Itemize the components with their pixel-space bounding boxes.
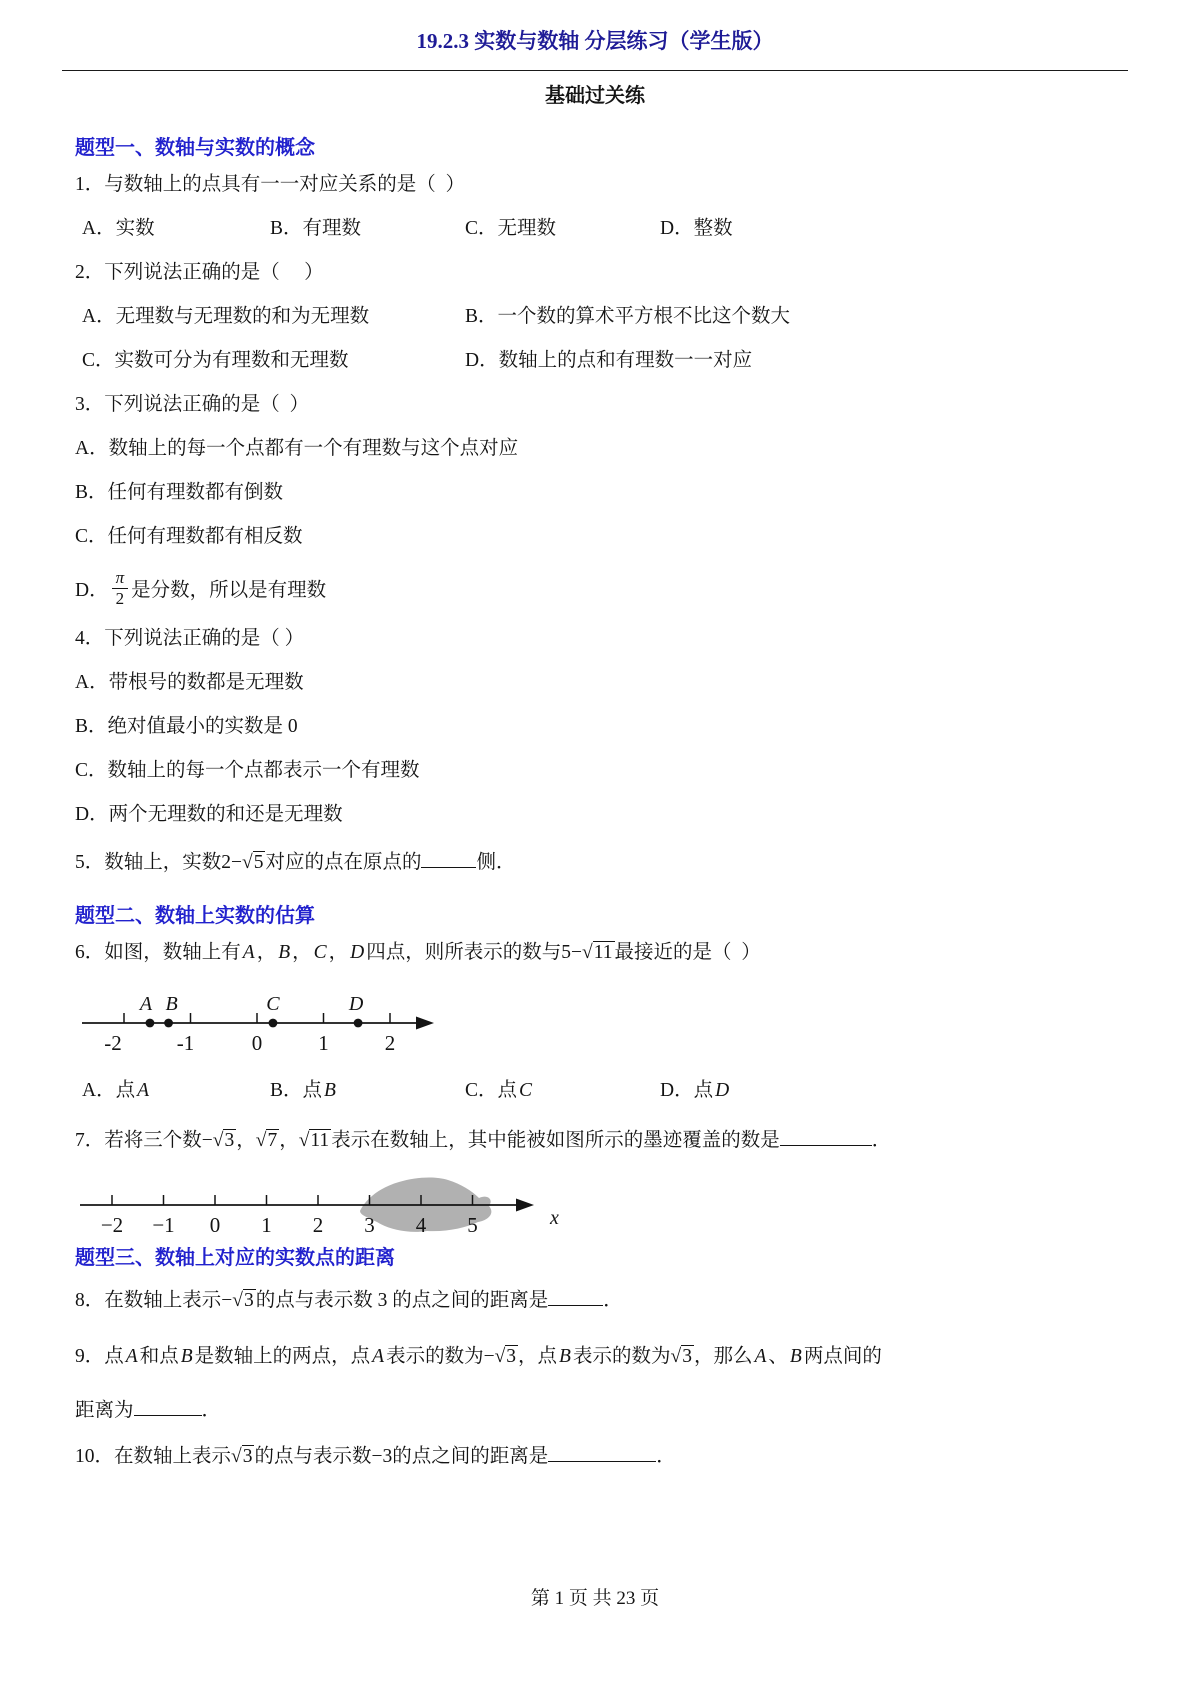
point-label: D — [348, 993, 364, 1015]
worksheet-body: 题型一、数轴与实数的概念 1．与数轴上的点具有一一对应关系的是（ ） A．实数 … — [0, 133, 1190, 1479]
question-2: 2．下列说法正确的是（ ） — [75, 251, 1130, 295]
point-dot — [164, 1019, 173, 1028]
answer-blank — [421, 847, 476, 868]
option-a: A．点A — [82, 1069, 270, 1113]
italic-variable: D — [348, 942, 366, 963]
question-1-options: A．实数 B．有理数 C．无理数 D．整数 — [75, 207, 1130, 251]
option-d: D．点D — [660, 1069, 1130, 1113]
square-root: √11 — [582, 941, 614, 963]
page-title: 19.2.3 实数与数轴 分层练习（学生版） — [0, 28, 1190, 54]
question-3-option-a: A．数轴上的每一个点都有一个有理数与这个点对应 — [75, 427, 1130, 471]
title-divider — [62, 70, 1128, 71]
axis-arrow — [416, 1017, 434, 1030]
numberline-diagram-q6: -2-1012ABCD — [80, 991, 460, 1069]
answer-blank — [548, 1285, 603, 1306]
question-9-line1: 9．点A和点B是数轴上的两点，点A表示的数为−√3，点B表示的数为√3，那么A、… — [75, 1335, 1130, 1379]
point-dot — [146, 1019, 155, 1028]
question-6: 6．如图，数轴上有A，B，C，D四点，则所表示的数与5−√11最接近的是（ ） — [75, 931, 1130, 975]
question-3-option-c: C．任何有理数都有相反数 — [75, 515, 1130, 559]
italic-variable: B — [276, 942, 292, 963]
question-2-options-row2: C．实数可分为有理数和无理数 D．数轴上的点和有理数一一对应 — [75, 339, 1130, 383]
tick-label: -1 — [177, 1031, 195, 1055]
tick-label: 1 — [261, 1213, 272, 1237]
section-3-heading: 题型三、数轴上对应的实数点的距离 — [75, 1243, 1130, 1273]
option-b: B．一个数的算术平方根不比这个数大 — [465, 295, 1130, 339]
tick-label: -2 — [104, 1031, 122, 1055]
question-9-line2: 距离为． — [75, 1389, 1130, 1433]
question-4-option-c: C．数轴上的每一个点都表示一个有理数 — [75, 749, 1130, 793]
option-b: B．有理数 — [270, 207, 465, 251]
question-8: 8．在数轴上表示−√3的点与表示数 3 的点之间的距离是． — [75, 1279, 1130, 1323]
italic-variable: C — [312, 942, 329, 963]
option-c: C．点C — [465, 1069, 660, 1113]
question-7: 7．若将三个数−√3，√7，√11表示在数轴上，其中能被如图所示的墨迹覆盖的数是… — [75, 1119, 1130, 1163]
tick-label: 4 — [416, 1213, 427, 1237]
question-4-option-b: B．绝对值最小的实数是 0 — [75, 705, 1130, 749]
tick-label: −2 — [101, 1213, 123, 1237]
tick-label: 3 — [364, 1213, 375, 1237]
point-label: A — [138, 993, 153, 1015]
option-c: C．无理数 — [465, 207, 660, 251]
tick-label: 0 — [252, 1031, 263, 1055]
square-root: √3 — [495, 1345, 518, 1367]
italic-variable: B — [322, 1080, 338, 1101]
question-10: 10．在数轴上表示√3的点与表示数−3的点之间的距离是． — [75, 1435, 1130, 1479]
square-root: √3 — [232, 1289, 255, 1311]
italic-variable: C — [517, 1080, 534, 1101]
square-root: √7 — [256, 1129, 279, 1151]
italic-variable: A — [370, 1346, 386, 1367]
italic-variable: A — [124, 1346, 140, 1367]
answer-blank — [548, 1441, 656, 1462]
italic-variable: B — [179, 1346, 195, 1367]
question-3-option-d: D．π2是分数，所以是有理数 — [75, 559, 1130, 617]
tick-label: 5 — [467, 1213, 478, 1237]
tick-label: 1 — [318, 1031, 329, 1055]
option-a: A．无理数与无理数的和为无理数 — [82, 295, 465, 339]
italic-variable: A — [241, 942, 257, 963]
option-d: D．整数 — [660, 207, 1130, 251]
option-c: C．实数可分为有理数和无理数 — [82, 339, 465, 383]
question-6-options: A．点A B．点B C．点C D．点D — [75, 1069, 1130, 1113]
axis-x-label: x — [549, 1207, 559, 1229]
point-label: B — [165, 993, 177, 1015]
italic-variable: B — [557, 1346, 573, 1367]
italic-variable: B — [788, 1346, 804, 1367]
question-4-option-a: A．带根号的数都是无理数 — [75, 661, 1130, 705]
tick-label: −1 — [152, 1213, 174, 1237]
page-number-indicator: 第 1 页 共 23 页 — [0, 1586, 1190, 1612]
option-b: B．点B — [270, 1069, 465, 1113]
axis-arrow — [516, 1199, 534, 1212]
italic-variable: A — [752, 1346, 768, 1367]
point-dot — [269, 1019, 278, 1028]
option-a: A．实数 — [82, 207, 270, 251]
tick-label: 2 — [385, 1031, 396, 1055]
section-1-heading: 题型一、数轴与实数的概念 — [75, 133, 1130, 163]
italic-variable: A — [135, 1080, 151, 1101]
question-2-options-row1: A．无理数与无理数的和为无理数 B．一个数的算术平方根不比这个数大 — [75, 295, 1130, 339]
tick-label: 2 — [313, 1213, 324, 1237]
fraction: π2 — [112, 568, 129, 607]
worksheet-page: 19.2.3 实数与数轴 分层练习（学生版） 基础过关练 题型一、数轴与实数的概… — [0, 0, 1190, 1682]
tick-label: 0 — [210, 1213, 221, 1237]
square-root: √5 — [242, 851, 265, 873]
point-dot — [354, 1019, 363, 1028]
square-root: √3 — [670, 1345, 693, 1367]
question-1: 1．与数轴上的点具有一一对应关系的是（ ） — [75, 163, 1130, 207]
question-3-option-b: B．任何有理数都有倒数 — [75, 471, 1130, 515]
question-4: 4．下列说法正确的是（ ） — [75, 617, 1130, 661]
square-root: √11 — [299, 1129, 331, 1151]
answer-blank — [780, 1125, 872, 1146]
question-3: 3．下列说法正确的是（ ） — [75, 383, 1130, 427]
question-4-option-d: D．两个无理数的和还是无理数 — [75, 793, 1130, 837]
option-d: D．数轴上的点和有理数一一对应 — [465, 339, 1130, 383]
italic-variable: D — [713, 1080, 731, 1101]
point-label: C — [266, 993, 280, 1015]
question-5: 5．数轴上，实数2−√5对应的点在原点的侧． — [75, 841, 1130, 885]
answer-blank — [134, 1395, 202, 1416]
square-root: √3 — [213, 1129, 236, 1151]
square-root: √3 — [231, 1445, 254, 1467]
numberline-diagram-q7-with-ink-blot: −2−1012345x — [80, 1165, 620, 1245]
section-2-heading: 题型二、数轴上实数的估算 — [75, 901, 1130, 931]
worksheet-subtitle: 基础过关练 — [0, 83, 1190, 109]
